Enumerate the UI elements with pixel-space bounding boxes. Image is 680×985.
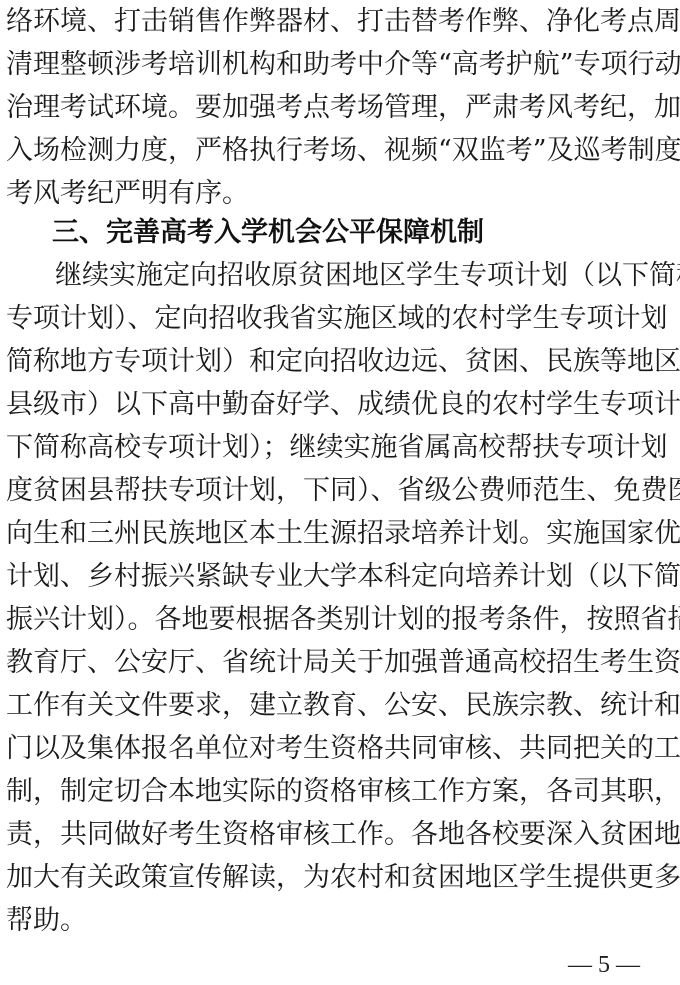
text-line: 继续实施定向招收原贫困地区学生专项计划（以下简称国家 <box>55 256 674 296</box>
text-line: 县级市）以下高中勤奋好学、成绩优良的农村学生专项计划（以 <box>6 385 674 425</box>
text-line: 门以及集体报名单位对考生资格共同审核、共同把关的工作机 <box>6 729 674 769</box>
text-line: 度贫困县帮扶专项计划，下同）、省级公费师范生、免费医学定 <box>6 471 674 511</box>
text-line: 络环境、打击销售作弊器材、打击替考作弊、净化考点周边环境、 <box>6 2 674 42</box>
text-line: 考风考纪严明有序。 <box>6 174 674 214</box>
text-line: 清理整顿涉考培训机构和助考中介等“高考护航”专项行动，综合 <box>6 45 674 85</box>
text-line: 入场检测力度，严格执行考场、视频“双监考”及巡考制度，确保 <box>6 131 674 171</box>
text-line: 振兴计划）。各地要根据各类别计划的报考条件，按照省招考委、 <box>6 600 674 640</box>
text-line: 专项计划）、定向招收我省实施区域的农村学生专项计划（以下 <box>6 299 674 339</box>
text-line: 简称地方专项计划）和定向招收边远、贫困、民族等地区县（含 <box>6 342 674 382</box>
text-line: 教育厅、公安厅、省统计局关于加强普通高校招生考生资格审核 <box>6 643 674 683</box>
text-line: 责，共同做好考生资格审核工作。各地各校要深入贫困地区中学， <box>6 815 674 855</box>
page-number: — 5 — <box>568 952 640 979</box>
text-line: 工作有关文件要求，建立教育、公安、民族宗教、统计和招生部 <box>6 686 674 726</box>
text-line: 制，制定切合本地实际的资格审核工作方案，各司其职，各负其 <box>6 772 674 812</box>
section-heading: 三、完善高考入学机会公平保障机制 <box>52 213 484 253</box>
text-line: 计划、乡村振兴紧缺专业大学本科定向培养计划（以下简称乡村 <box>6 557 674 597</box>
text-line: 向生和三州民族地区本土生源招录培养计划。实施国家优师专项 <box>6 514 674 554</box>
text-line: 帮助。 <box>6 901 674 941</box>
text-line: 下简称高校专项计划）；继续实施省属高校帮扶专项计划（原深 <box>6 428 674 468</box>
text-line: 加大有关政策宣传解读，为农村和贫困地区学生提供更多便利和 <box>6 858 674 898</box>
document-page: 络环境、打击销售作弊器材、打击替考作弊、净化考点周边环境、 清理整顿涉考培训机构… <box>0 0 680 985</box>
text-line: 治理考试环境。要加强考点考场管理，严肃考风考纪，加大人员 <box>6 88 674 128</box>
